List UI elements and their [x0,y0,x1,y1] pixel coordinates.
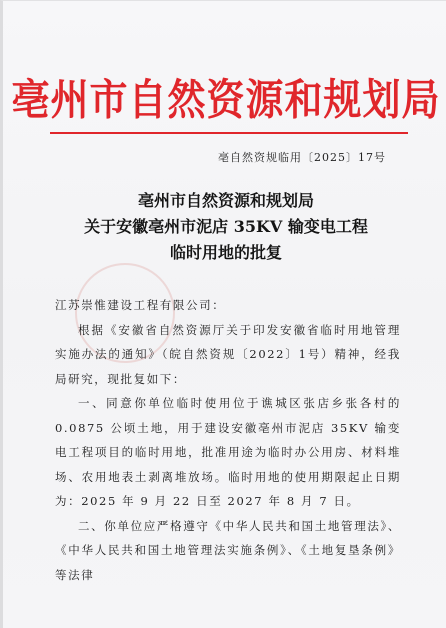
letterhead-red-rule [50,132,408,134]
document-page: 亳州市自然资源和规划局 亳自然资规临用〔2025〕17号 亳州市自然资源和规划局… [0,0,446,628]
document-title-line-3: 临时用地的批复 [3,241,446,265]
addressee: 江苏崇惟建设工程有限公司： [55,293,401,318]
letterhead-title: 亳州市自然资源和规划局 [3,73,446,127]
document-title-line-1: 亳州市自然资源和规划局 [3,189,446,213]
paragraph-item-1: 一、同意你单位临时使用位于谯城区张店乡张各村的 0.0875 公顷土地，用于建设… [55,391,401,514]
document-number: 亳自然资规临用〔2025〕17号 [218,149,386,165]
paragraph-item-2: 二、你单位应严格遵守《中华人民共和国土地管理法》、《中华人民共和国土地管理法实施… [55,514,401,588]
document-body: 江苏崇惟建设工程有限公司： 根据《安徽省自然资源厅关于印发安徽省临时用地管理实施… [55,293,401,587]
document-title-line-2: 关于安徽亳州市泥店 35KV 输变电工程 [3,215,446,239]
paragraph-intro: 根据《安徽省自然资源厅关于印发安徽省临时用地管理实施办法的通知》（皖自然资规〔2… [55,318,401,392]
